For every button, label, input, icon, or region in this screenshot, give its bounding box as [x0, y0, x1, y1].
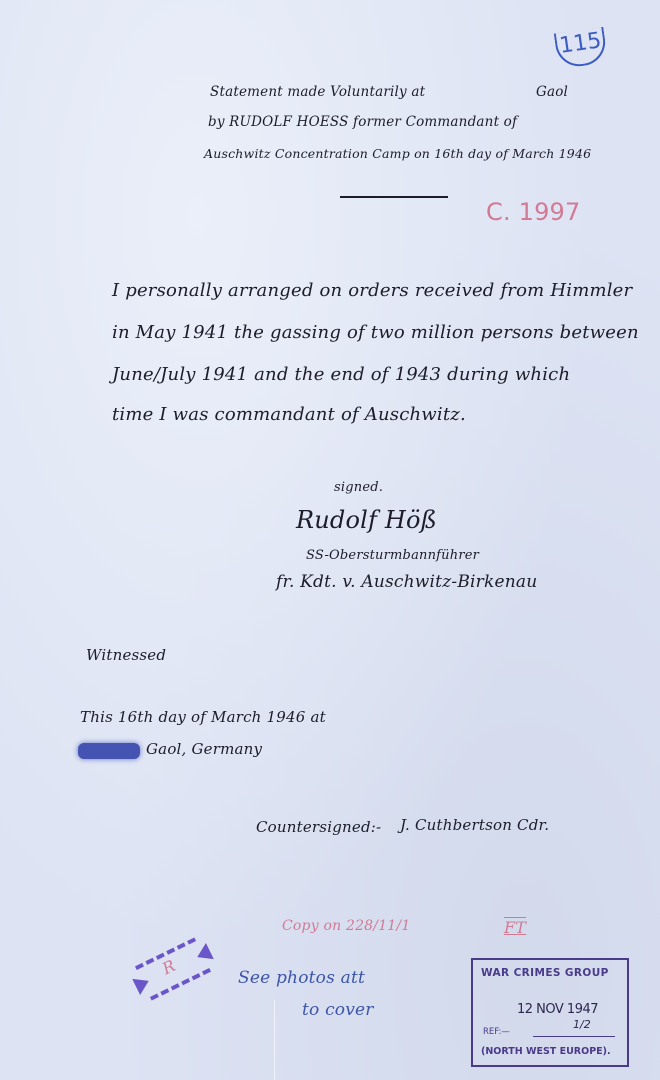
rank: SS-Obersturmbannführer: [306, 548, 479, 563]
statement-line-4: time I was commandant of Auschwitz.: [112, 404, 466, 425]
witness-place: Gaol, Germany: [146, 740, 262, 758]
document-page: 115 Statement made Voluntarily at Gaol b…: [0, 0, 660, 1080]
pencil-copy-note: Copy on 228/11/1: [282, 918, 410, 934]
stamp-ref-label: REF:—: [483, 1027, 510, 1037]
stamp-ref-line: [533, 1036, 615, 1037]
blue-note-line-1: See photos att: [238, 968, 365, 988]
stamp-region: (NORTH WEST EUROPE).: [481, 1046, 611, 1057]
statement-line-3: June/July 1941 and the end of 1943 durin…: [112, 364, 570, 385]
header-divider: [340, 196, 448, 198]
paper-fold-crease: [274, 1000, 275, 1080]
header-place: Gaol: [536, 84, 568, 100]
statement-line-2: in May 1941 the gassing of two million p…: [112, 322, 639, 343]
former-commandant-title: fr. Kdt. v. Auschwitz-Birkenau: [276, 572, 537, 592]
archive-reference: C. 1997: [486, 198, 581, 226]
stamp-date: 12 NOV 1947: [517, 1002, 598, 1017]
diamond-stamp-mark: R: [159, 956, 178, 978]
page-number: 115: [554, 27, 609, 70]
header-line-3: Auschwitz Concentration Camp on 16th day…: [204, 146, 591, 161]
diamond-stamp: R: [135, 937, 211, 1000]
stamp-ref-value: 1/2: [573, 1018, 591, 1031]
signed-label: signed.: [334, 480, 383, 495]
war-crimes-group-stamp: WAR CRIMES GROUP 12 NOV 1947 1/2 REF:— (…: [471, 958, 629, 1067]
stamp-title: WAR CRIMES GROUP: [481, 967, 609, 979]
header-line-2: by RUDOLF HOESS former Commandant of: [208, 114, 517, 130]
hoess-signature: Rudolf Höß: [296, 506, 437, 534]
stamp-triangle-right-icon: [193, 943, 213, 965]
stamp-triangle-left-icon: [132, 973, 152, 995]
countersigned-label: Countersigned:-: [256, 818, 381, 836]
pencil-mark: FT: [504, 918, 526, 937]
blue-note-line-2: to cover: [302, 1000, 374, 1020]
witnessed-label: Witnessed: [86, 646, 166, 664]
statement-line-1: I personally arranged on orders received…: [112, 280, 632, 301]
header-line-1: Statement made Voluntarily at: [210, 84, 425, 100]
witness-date-line: This 16th day of March 1946 at: [80, 708, 326, 726]
struck-out-place: [78, 743, 140, 759]
countersigned-signature: J. Cuthbertson Cdr.: [400, 816, 549, 834]
